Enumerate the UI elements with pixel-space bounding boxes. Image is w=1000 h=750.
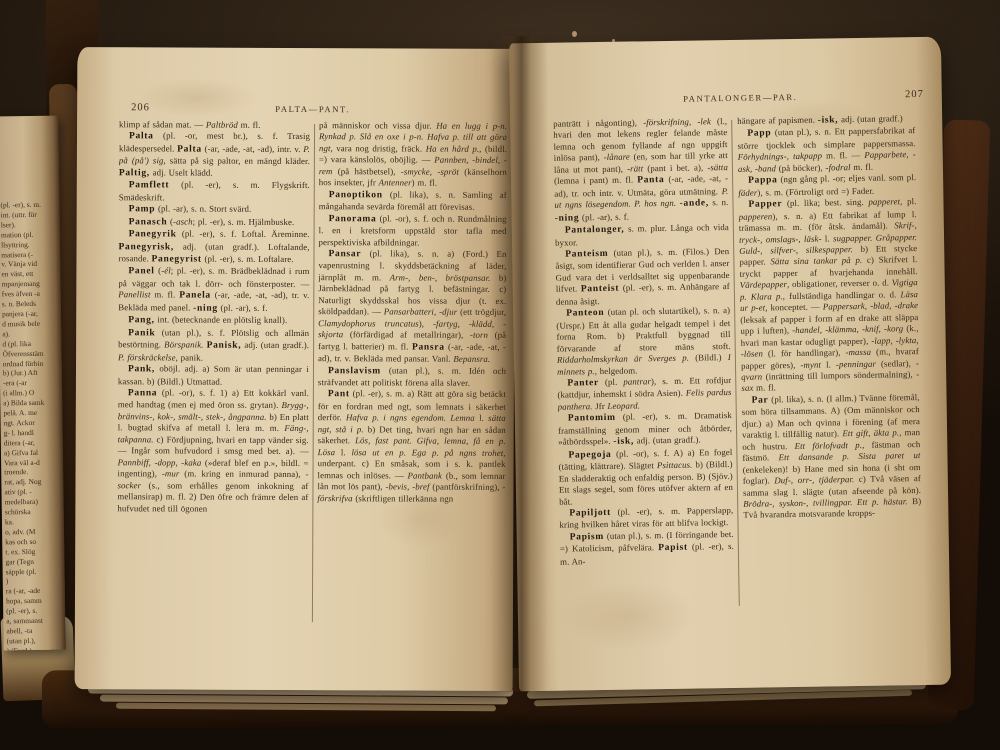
right-page-number: 207: [905, 89, 924, 100]
left-page: 206 PALTA—PANT. klimp af sådan mat. — Pa…: [75, 47, 516, 691]
left-running-title: PALTA—PANT.: [119, 103, 506, 115]
photo-of-open-dictionary: (pl. -er), s. m.int. (uttr. förlser).mat…: [0, 0, 1000, 750]
column-rule: [312, 124, 315, 622]
left-page-column-2: på människor och vissa djur. Ha en lugg …: [317, 120, 507, 627]
left-page-column-1: klimp af sådan mat. — Paltbröd m. fl.Pal…: [117, 119, 310, 626]
left-page-header: 206 PALTA—PANT.: [119, 103, 506, 119]
right-page-column-1: panträtt i någonting), -förskrifning, -l…: [553, 116, 735, 613]
right-page-header: PANTALONGER—PAR. 207: [553, 90, 928, 110]
right-page: PANTALONGER—PAR. 207 panträtt i någontin…: [509, 37, 951, 692]
right-running-title: PANTALONGER—PAR.: [553, 90, 928, 106]
crumb-speck: [572, 31, 577, 37]
left-book-page-fragment: (pl. -er), s. m.int. (uttr. förlser).mat…: [0, 116, 66, 651]
right-page-column-2: hängare af papismen. -isk, adj. (utan gr…: [737, 113, 923, 610]
left-page-number: 206: [131, 102, 150, 113]
